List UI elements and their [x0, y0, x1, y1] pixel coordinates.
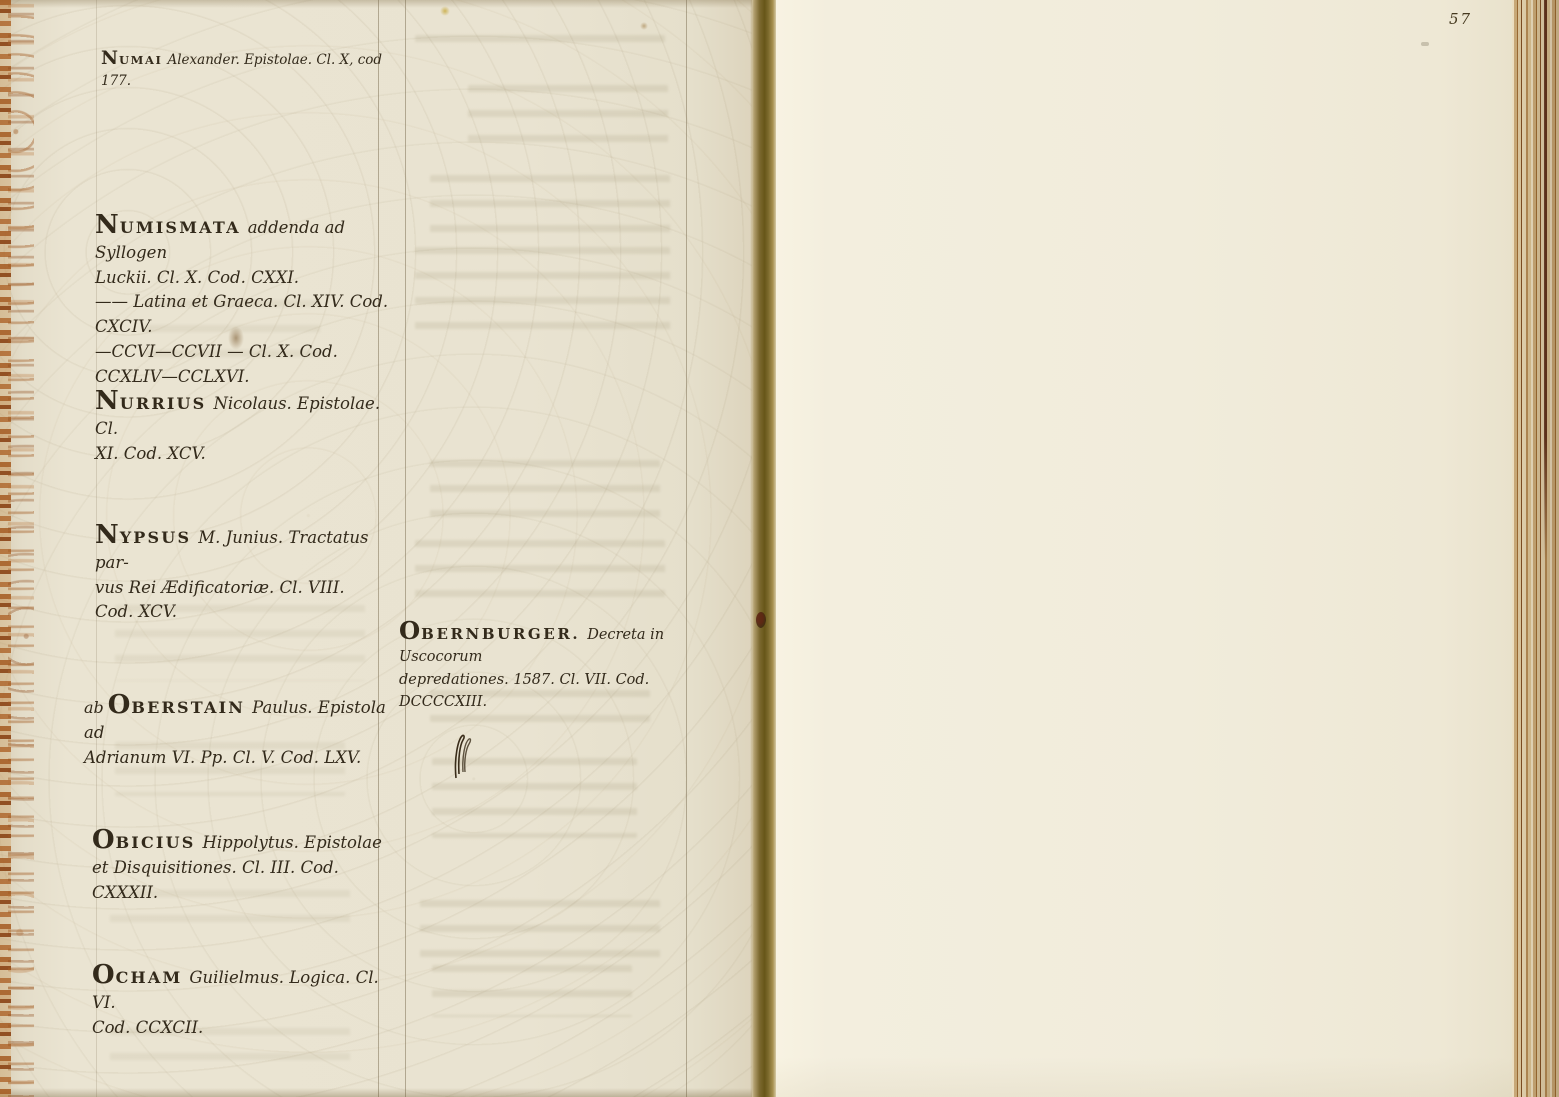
catalog-entry: OCHAMGuilielmus. Logica. Cl. VI. Cod. CC… — [92, 960, 392, 1040]
entry-name: NYPSUS — [95, 520, 191, 550]
entry-name: NUMAI — [101, 48, 162, 69]
folio-number: 57 — [1449, 10, 1472, 28]
paper-fleck — [640, 22, 648, 30]
bleedthrough-ghost — [415, 540, 665, 604]
catalog-entry: abOBERSTAINPaulus. Epistola ad Adrianum … — [84, 690, 389, 770]
column2-right-rule — [686, 0, 687, 1097]
page-shading — [776, 1057, 1512, 1097]
pen-trial-scribble — [448, 728, 474, 784]
paper-fleck — [1421, 42, 1429, 46]
entry-text: addenda ad Syllogen Luckii. Cl. X. Cod. … — [95, 218, 388, 386]
bleedthrough-ghost — [468, 85, 668, 143]
bleedthrough-ghost — [415, 247, 670, 339]
catalog-entry: NUMAIAlexander. Epistolae. Cl. X, cod 17… — [101, 48, 401, 92]
catalog-entry: NYPSUSM. Junius. Tractatus par- vus Rei … — [95, 520, 390, 625]
column2-left-rule — [405, 0, 406, 1097]
bleedthrough-ghost — [432, 965, 632, 1017]
entry-name: NURRIUS — [95, 386, 206, 416]
entry-prefix: ab — [84, 698, 104, 717]
binding-gutter — [750, 0, 778, 1097]
paper-fleck — [440, 6, 450, 16]
entry-name: OCHAM — [92, 960, 182, 990]
sewing-knot — [756, 612, 766, 628]
bleedthrough-ghost — [420, 900, 660, 958]
entry-name: OBERNBURGER. — [399, 616, 580, 645]
bleedthrough-ghost — [430, 175, 670, 235]
entry-name: OBICIUS — [92, 825, 196, 855]
bleedthrough-ghost — [415, 35, 665, 51]
right-page-blank — [776, 0, 1512, 1097]
catalog-entry: NURRIUSNicolaus. Epistolae. Cl. XI. Cod.… — [95, 386, 390, 466]
catalog-entry: NUMISMATAaddenda ad Syllogen Luckii. Cl.… — [95, 210, 395, 389]
book-fore-edge — [1512, 0, 1559, 1097]
left-page: NUMAIAlexander. Epistolae. Cl. X, cod 17… — [0, 0, 752, 1097]
catalog-entry: OBERNBURGER.Decreta in Uscocorum depreda… — [399, 616, 689, 714]
entry-name: NUMISMATA — [95, 210, 241, 240]
catalog-entry: OBICIUSHippolytus. Epistolae et Disquisi… — [92, 825, 392, 905]
manuscript-scan: NUMAIAlexander. Epistolae. Cl. X, cod 17… — [0, 0, 1559, 1097]
foxing-spots — [8, 0, 34, 1097]
bleedthrough-ghost — [430, 460, 660, 520]
fore-edge-dark-vein — [1544, 0, 1547, 560]
entry-name: OBERSTAIN — [108, 690, 245, 720]
